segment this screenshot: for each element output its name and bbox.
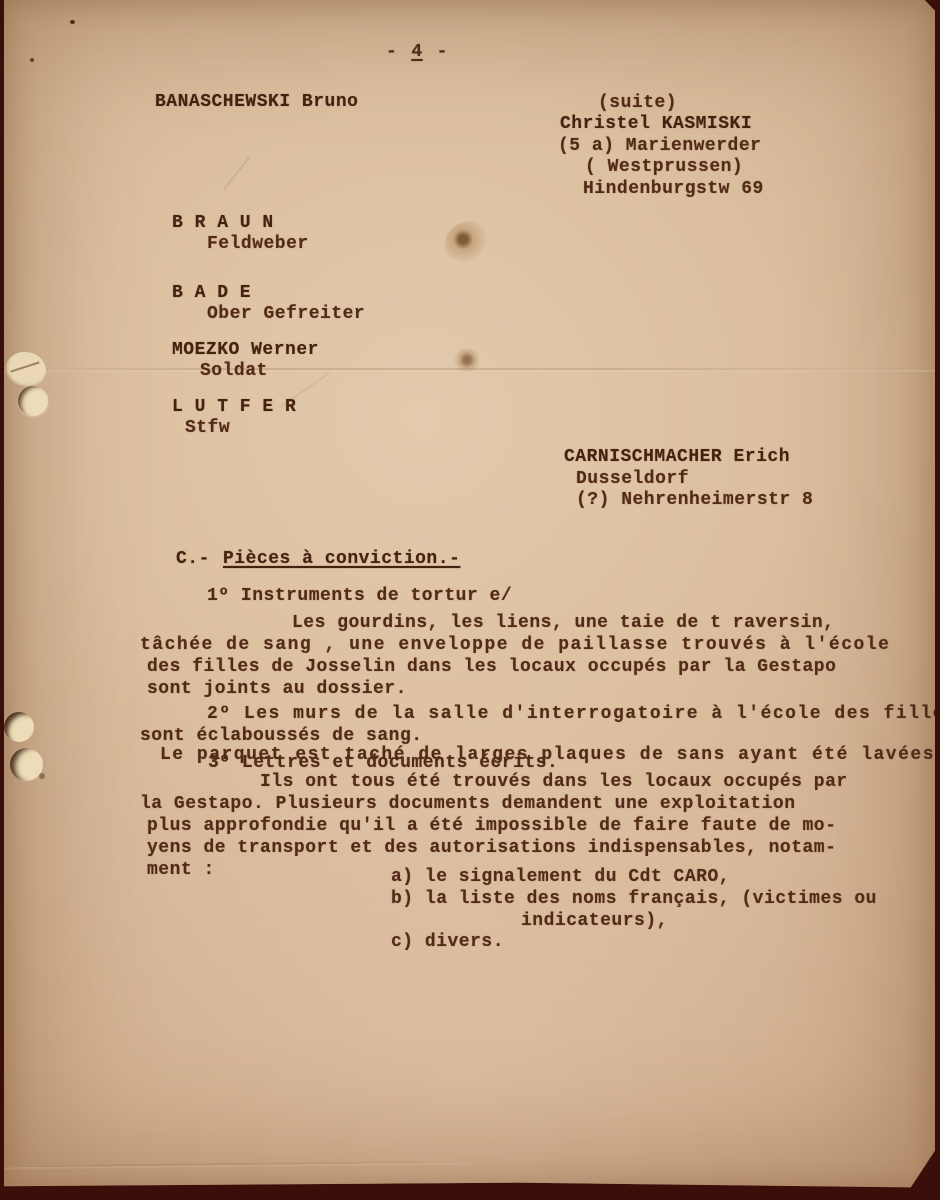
kasmiski-address2: ( Westprussen) <box>585 157 743 177</box>
para1-line1: Les gourdins, les liens, une taie de t r… <box>292 613 834 633</box>
para1-line4: sont joints au dossier. <box>147 679 407 699</box>
name-lutfer: L U T F E R <box>172 397 296 417</box>
kasmiski-name: Christel KASMISKI <box>560 114 752 134</box>
list-item-b-continued: indicateurs), <box>521 911 668 931</box>
page-number-value: 4 <box>411 42 422 62</box>
item3-para-line2: la Gestapo. Plusieurs documents demanden… <box>140 794 796 814</box>
photographed-document: { "document": { "page_number": { "left_d… <box>0 0 940 1200</box>
item3-title-overstruck: 3º Lettres et documents écrits. <box>208 753 558 773</box>
rank-lutfer: Stfw <box>185 418 230 438</box>
paper-speck <box>30 58 34 62</box>
item3-para-line5: ment : <box>147 860 215 880</box>
rank-moezko: Soldat <box>200 361 268 381</box>
rank-braun: Feldweber <box>207 234 309 254</box>
punch-hole <box>4 712 34 742</box>
punch-hole <box>18 386 48 416</box>
kasmiski-address1: (5 a) Marienwerder <box>558 136 761 156</box>
item1-title: Instruments de tortur e/ <box>241 586 512 606</box>
list-item-c: c) divers. <box>391 932 504 952</box>
name-bade: B A D E <box>172 283 251 303</box>
item2-line1: 2º Les murs de la salle d'interrogatoire… <box>207 704 940 724</box>
list-item-b: b) la liste des noms français, (victimes… <box>391 889 877 909</box>
name-moezko: MOEZKO Werner <box>172 340 319 360</box>
page-number-dash-left: - <box>386 42 397 62</box>
scratch-mark <box>223 156 250 190</box>
name-braun: B R A U N <box>172 213 274 233</box>
kasmiski-address3: Hindenburgstw 69 <box>583 179 764 199</box>
name-banaschewski: BANASCHEWSKI Bruno <box>155 92 358 112</box>
paper-speck <box>70 20 75 24</box>
carnischmacher-city: Dusseldorf <box>576 469 689 489</box>
punch-hole <box>10 748 43 781</box>
list-item-a: a) le signalement du Cdt CARO, <box>391 867 730 887</box>
rank-bade: Ober Gefreiter <box>207 304 365 324</box>
ink-stain <box>438 214 497 270</box>
bottom-crease <box>4 1161 469 1168</box>
carnischmacher-address: (?) Nehrenheimerstr 8 <box>576 490 813 510</box>
item3-para-line3: plus approfondie qu'il a été impossible … <box>147 816 836 836</box>
item1-line: 1º Instruments de tortur e/ <box>207 586 512 606</box>
carnischmacher-name: CARNISCHMACHER Erich <box>564 447 790 467</box>
punch-hole <box>6 352 46 388</box>
item1-num: 1º <box>207 586 230 606</box>
item3-para-line1: Ils ont tous été trouvés dans les locaux… <box>260 772 848 792</box>
ink-stain <box>452 348 482 372</box>
paper-sheet: - 4 - BANASCHEWSKI Bruno B R A U N Feldw… <box>4 0 935 1191</box>
para1-line3: des filles de Josselin dans les locaux o… <box>147 657 836 677</box>
item3-para-line4: yens de transport et des autorisations i… <box>147 838 836 858</box>
para1-line2: tâchée de sang , une enveloppe de pailla… <box>140 635 890 655</box>
section-label: C.- <box>176 549 210 569</box>
item2-line2: sont éclaboussés de sang. <box>140 726 423 746</box>
section-title: Pièces à conviction.- <box>223 549 460 569</box>
page-number: - 4 - <box>386 42 448 62</box>
kasmiski-suite: (suite) <box>598 93 677 113</box>
page-number-dash-right: - <box>437 42 448 62</box>
